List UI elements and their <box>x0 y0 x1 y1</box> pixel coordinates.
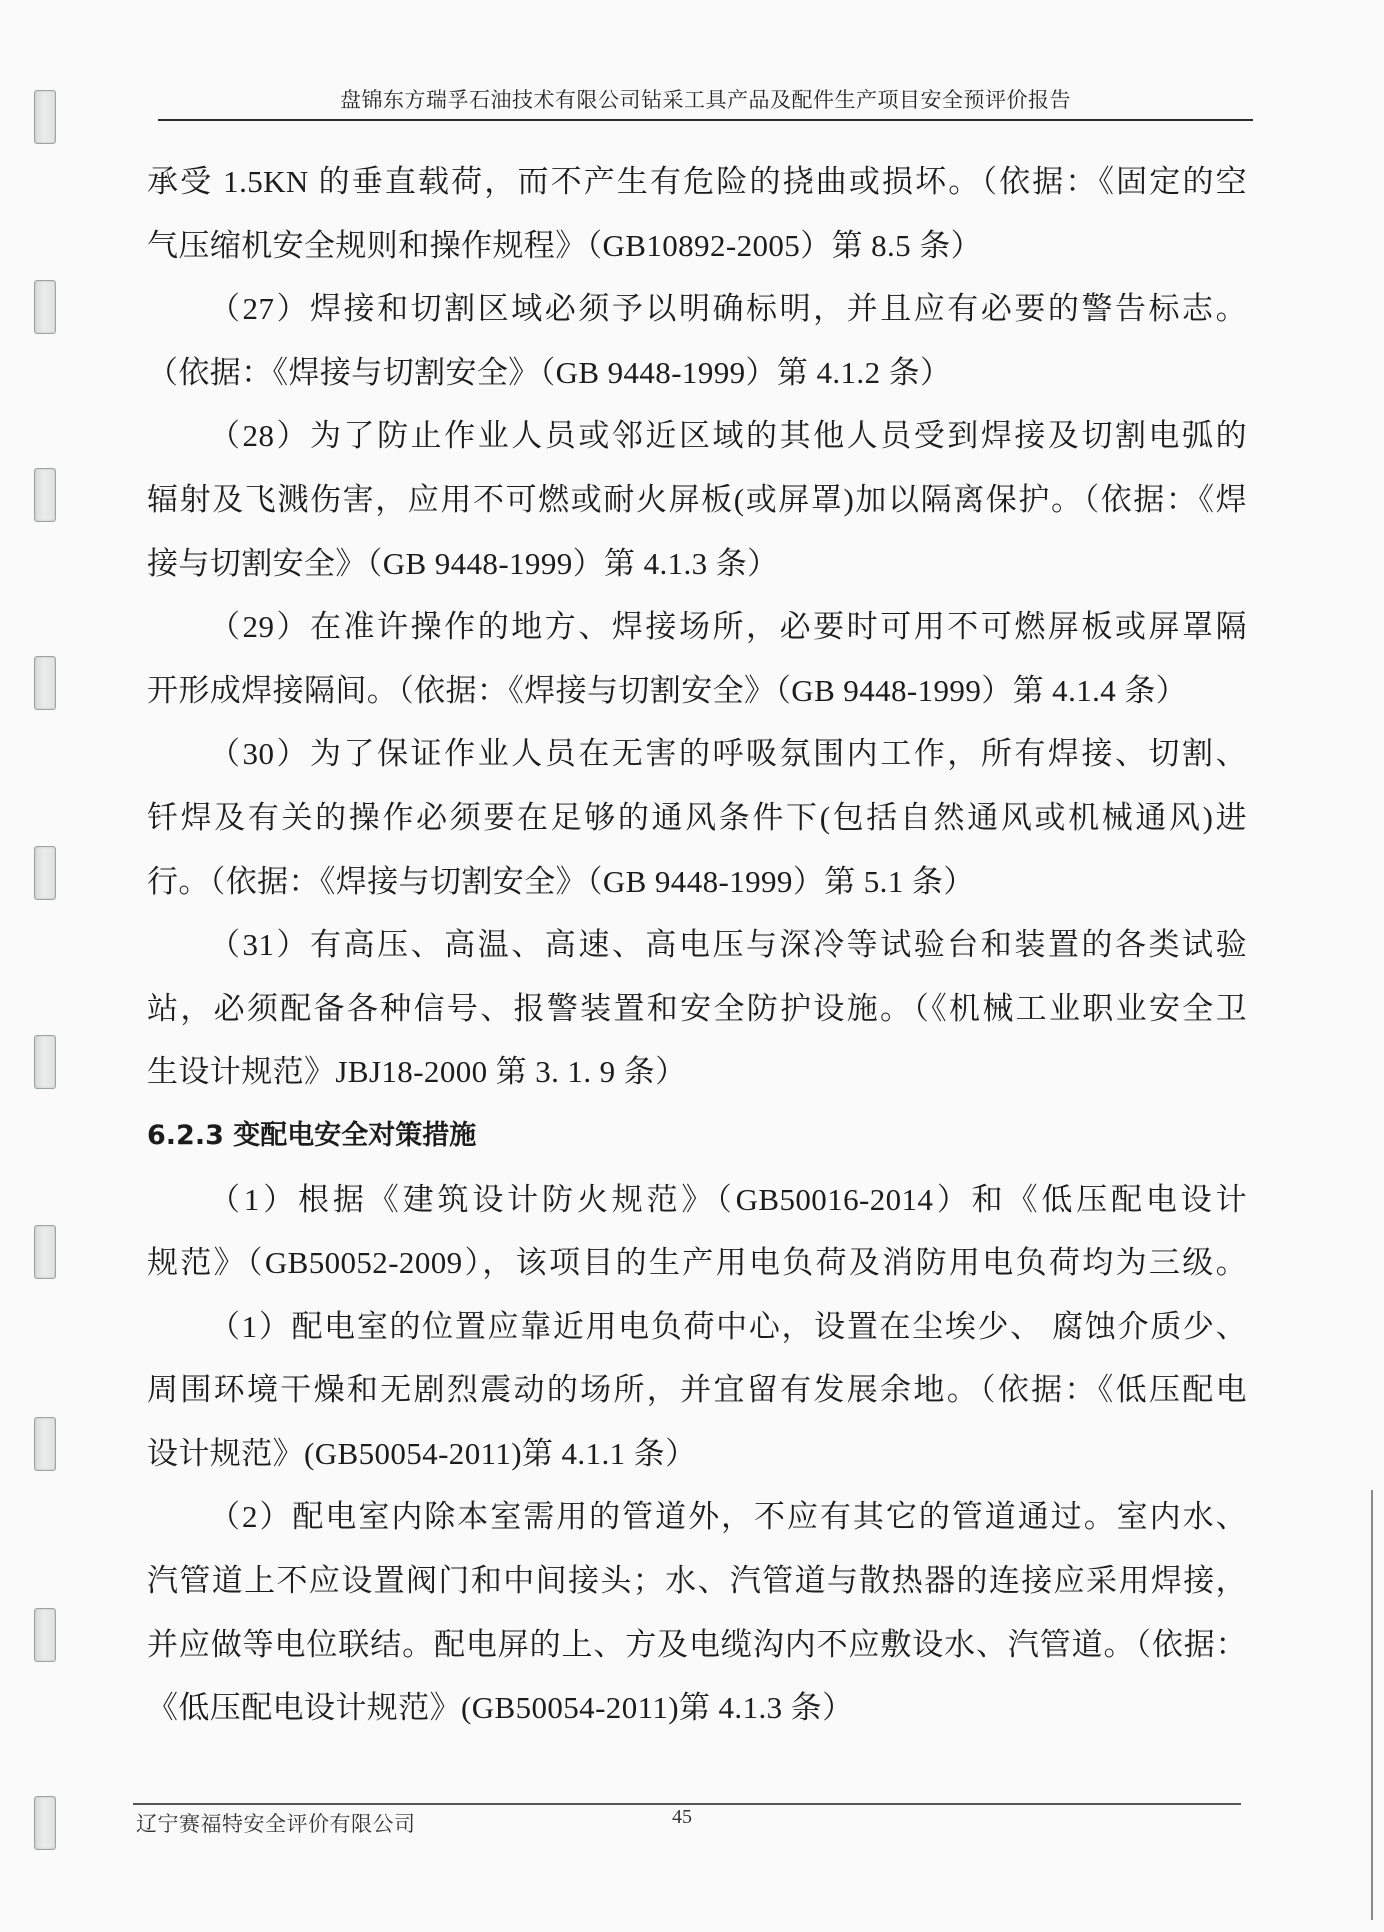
running-header: 盘锦东方瑞孚石油技术有限公司钻采工具产品及配件生产项目安全预评价报告 <box>158 84 1253 114</box>
body-line: 汽管道上不应设置阀门和中间接头；水、汽管道与散热器的连接应采用焊接， <box>147 1549 1247 1613</box>
binding-hole <box>34 90 56 144</box>
clause-31: （31）有高压、高温、高速、高电压与深冷等试验台和装置的各类试验 <box>147 913 1247 977</box>
page-edge-line <box>1371 1490 1373 1920</box>
body-line: 并应做等电位联结。配电屏的上、方及电缆沟内不应敷设水、汽管道。（依据： <box>147 1613 1247 1677</box>
body-line: 站，必须配备各种信号、报警装置和安全防护设施。（《机械工业职业安全卫 <box>147 977 1247 1041</box>
document-page: 盘锦东方瑞孚石油技术有限公司钻采工具产品及配件生产项目安全预评价报告 承受 1.… <box>0 0 1384 1932</box>
clause-1-load-class: （1）根据《建筑设计防火规范》（GB50016-2014）和《低压配电设计 <box>147 1168 1247 1232</box>
body-line: 气压缩机安全规则和操作规程》（GB10892-2005）第 8.5 条） <box>147 214 1247 278</box>
body-line: 设计规范》(GB50054-2011)第 4.1.1 条） <box>147 1422 1247 1486</box>
clause-27: （27）焊接和切割区域必须予以明确标明，并且应有必要的警告标志。 <box>147 277 1247 341</box>
clause-1-room-location: （1）配电室的位置应靠近用电负荷中心，设置在尘埃少、 腐蚀介质少、 <box>147 1295 1247 1359</box>
clause-2-pipes: （2）配电室内除本室需用的管道外，不应有其它的管道通过。室内水、 <box>147 1485 1247 1549</box>
body-line: 周围环境干燥和无剧烈震动的场所，并宜留有发展余地。（依据：《低压配电 <box>147 1358 1247 1422</box>
body-line: 辐射及飞溅伤害，应用不可燃或耐火屏板(或屏罩)加以隔离保护。（依据：《焊 <box>147 468 1247 532</box>
binding-hole <box>34 1796 56 1850</box>
clause-28: （28）为了防止作业人员或邻近区域的其他人员受到焊接及切割电弧的 <box>147 404 1247 468</box>
body-line: 规范》（GB50052-2009），该项目的生产用电负荷及消防用电负荷均为三级。 <box>147 1231 1247 1295</box>
body-content: 承受 1.5KN 的垂直载荷，而不产生有危险的挠曲或损坏。（依据：《固定的空 气… <box>147 150 1247 1740</box>
header-rule <box>158 119 1253 121</box>
body-line: 生设计规范》JBJ18-2000 第 3. 1. 9 条） <box>147 1040 1247 1104</box>
page-number: 45 <box>672 1806 692 1829</box>
binding-hole <box>34 1417 56 1471</box>
body-line: 行。（依据：《焊接与切割安全》（GB 9448-1999）第 5.1 条） <box>147 850 1247 914</box>
body-line: 钎焊及有关的操作必须要在足够的通风条件下(包括自然通风或机械通风)进 <box>147 786 1247 850</box>
binding-hole <box>34 1035 56 1089</box>
clause-29: （29）在准许操作的地方、焊接场所，必要时可用不可燃屏板或屏罩隔 <box>147 595 1247 659</box>
body-line: 开形成焊接隔间。（依据：《焊接与切割安全》（GB 9448-1999）第 4.1… <box>147 659 1247 723</box>
binding-hole <box>34 468 56 522</box>
body-line: （依据：《焊接与切割安全》（GB 9448-1999）第 4.1.2 条） <box>147 341 1247 405</box>
body-line: 《低压配电设计规范》(GB50054-2011)第 4.1.3 条） <box>147 1676 1247 1740</box>
binding-hole <box>34 656 56 710</box>
binding-hole <box>34 1225 56 1279</box>
body-line: 接与切割安全》（GB 9448-1999）第 4.1.3 条） <box>147 532 1247 596</box>
section-heading: 6.2.3 变配电安全对策措施 <box>147 1104 1247 1168</box>
footer-company: 辽宁赛福特安全评价有限公司 <box>136 1808 416 1838</box>
footer-rule <box>133 1803 1241 1805</box>
body-line: 承受 1.5KN 的垂直载荷，而不产生有危险的挠曲或损坏。（依据：《固定的空 <box>147 150 1247 214</box>
binding-hole <box>34 280 56 334</box>
binding-hole <box>34 846 56 900</box>
binding-hole <box>34 1608 56 1662</box>
clause-30: （30）为了保证作业人员在无害的呼吸氛围内工作，所有焊接、切割、 <box>147 722 1247 786</box>
